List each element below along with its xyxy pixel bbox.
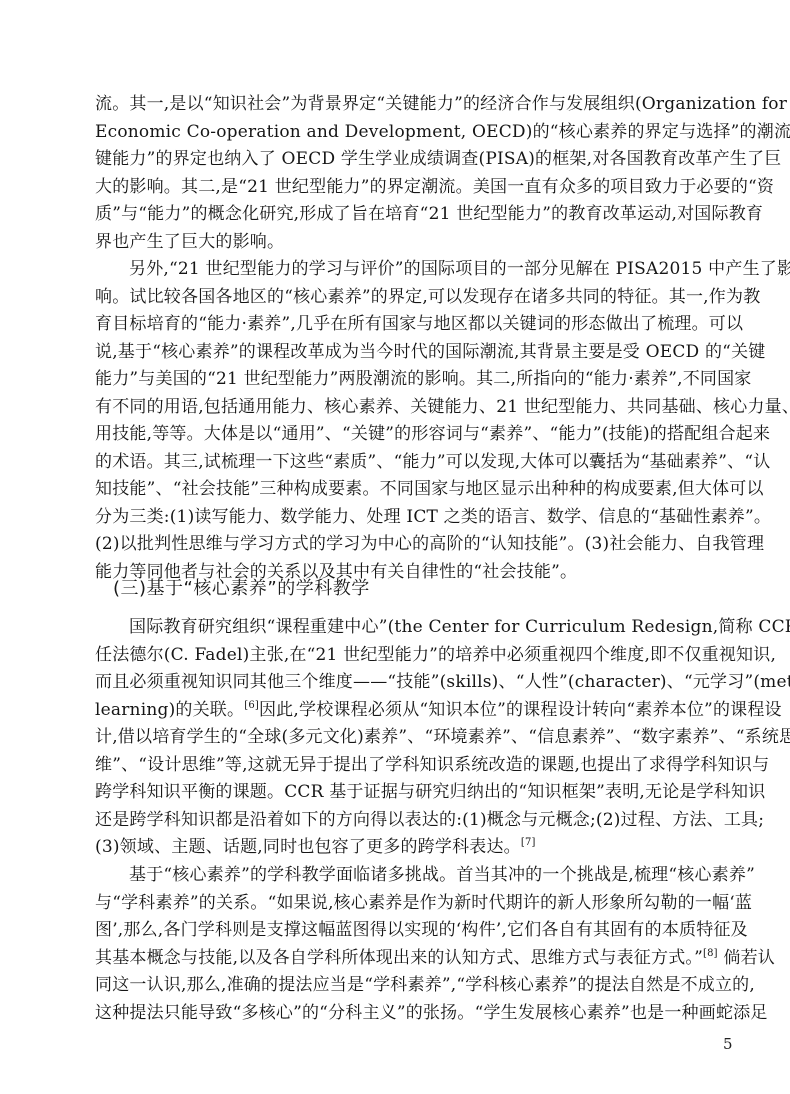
text-fragment: learning)的关联。 [95,700,244,720]
text-line: 还是跨学科知识都是沿着如下的方向得以表达的:(1)概念与元概念;(2)过程、方法… [95,807,698,835]
text-line: 界也产生了巨大的影响。 [95,229,698,257]
text-line: 键能力”的界定也纳入了 OECD 学生学业成绩调查(PISA)的框架,对各国教育… [95,146,698,174]
text-line: 维”、“设计思维”等,这就无异于提出了学科知识系统改造的课题,也提出了求得学科知… [95,752,698,780]
text-line: 有不同的用语,包括通用能力、核心素养、关键能力、21 世纪型能力、共同基础、核心… [95,394,698,422]
paragraph-4: 基于“核心素养”的学科教学面临诸多挑战。首当其冲的一个挑战是,梳理“核心素养” … [95,862,698,1027]
text-line: 能力”与美国的“21 世纪型能力”两股潮流的影响。其二,所指向的“能力·素养”,… [95,366,698,394]
text-line: 而且必须重视知识同其他三个维度——“技能”(skills)、“人性”(chara… [95,669,698,697]
citation-8[interactable]: [8] [703,948,718,959]
page-number: 5 [723,1035,733,1053]
paragraph-2: 另外,“21 世纪型能力的学习与评价”的国际项目的一部分见解在 PISA2015… [95,256,698,586]
paragraph-3: 国际教育研究组织“课程重建中心”(the Center for Curricul… [95,614,698,862]
text-line: learning)的关联。[6]因此,学校课程必须从“知识本位”的课程设计转向“… [95,697,698,725]
text-line: 大的影响。其二,是“21 世纪型能力”的界定潮流。美国一直有众多的项目致力于必要… [95,174,698,202]
text-line: 分为三类:(1)读写能力、数学能力、处理 ICT 之类的语言、数学、信息的“基础… [95,504,698,532]
text-line: 任法德尔(C. Fadel)主张,在“21 世纪型能力”的培养中必须重视四个维度… [95,642,698,670]
text-line: 跨学科知识平衡的课题。CCR 基于证据与研究归纳出的“知识框架”表明,无论是学科… [95,779,698,807]
text-line: 的术语。其三,试梳理一下这些“素质”、“能力”可以发现,大体可以囊括为“基础素养… [95,449,698,477]
text-fragment: 倘若认 [723,948,775,968]
text-line: 育目标培育的“能力·素养”,几乎在所有国家与地区都以关键词的形态做出了梳理。可以 [95,311,698,339]
text-line: 知技能”、“社会技能”三种构成要素。不同国家与地区显示出种种的构成要素,但大体可… [95,476,698,504]
text-line: (3)领域、主题、话题,同时也包容了更多的跨学科表达。[7] [95,834,698,862]
text-line: 同这一认识,那么,准确的提法应当是“学科素养”,“学科核心素养”的提法自然是不成… [95,972,698,1000]
text-fragment: (3)领域、主题、话题,同时也包容了更多的跨学科表达。 [95,837,521,857]
text-fragment: 其基本概念与技能,以及各自学科所体现出来的认知方式、思维方式与表征方式。” [95,948,703,968]
text-line: 与“学科素养”的关系。“如果说,核心素养是作为新时代期许的新人形象所勾勒的一幅‘… [95,890,698,918]
text-line: Economic Co-operation and Development, O… [95,119,698,147]
text-line: 计,借以培育学生的“全球(多元文化)素养”、“环境素养”、“信息素养”、“数字素… [95,724,698,752]
text-line: 质”与“能力”的概念化研究,形成了旨在培育“21 世纪型能力”的教育改革运动,对… [95,201,698,229]
text-line: 基于“核心素养”的学科教学面临诸多挑战。首当其冲的一个挑战是,梳理“核心素养” [95,862,698,890]
text-line: (2)以批判性思维与学习方式的学习为中心的高阶的“认知技能”。(3)社会能力、自… [95,531,698,559]
section-heading: (三)基于“核心素养”的学科教学 [113,574,370,600]
text-line: 响。试比较各国各地区的“核心素养”的界定,可以发现存在诸多共同的特征。其一,作为… [95,284,698,312]
citation-6[interactable]: [6] [244,700,259,711]
text-line: 说,基于“核心素养”的课程改革成为当今时代的国际潮流,其背景主要是受 OECD … [95,339,698,367]
document-page: 流。其一,是以“知识社会”为背景界定“关键能力”的经济合作与发展组织(Organ… [0,0,790,1094]
text-line: 用技能,等等。大体是以“通用”、“关键”的形容词与“素养”、“能力”(技能)的搭… [95,421,698,449]
paragraph-1: 流。其一,是以“知识社会”为背景界定“关键能力”的经济合作与发展组织(Organ… [95,91,698,256]
text-line: 另外,“21 世纪型能力的学习与评价”的国际项目的一部分见解在 PISA2015… [95,256,698,284]
text-line: 国际教育研究组织“课程重建中心”(the Center for Curricul… [95,614,698,642]
text-line: 其基本概念与技能,以及各自学科所体现出来的认知方式、思维方式与表征方式。”[8]… [95,945,698,973]
text-fragment: 因此,学校课程必须从“知识本位”的课程设计转向“素养本位”的课程设 [259,700,782,720]
text-line: 这种提法只能导致“多核心”的“分科主义”的张扬。“学生发展核心素养”也是一种画蛇… [95,1000,698,1028]
text-line: 流。其一,是以“知识社会”为背景界定“关键能力”的经济合作与发展组织(Organ… [95,91,698,119]
citation-7[interactable]: [7] [521,837,536,848]
text-line: 图’,那么,各门学科则是支撑这幅蓝图得以实现的‘构件’,它们各自有其固有的本质特… [95,917,698,945]
